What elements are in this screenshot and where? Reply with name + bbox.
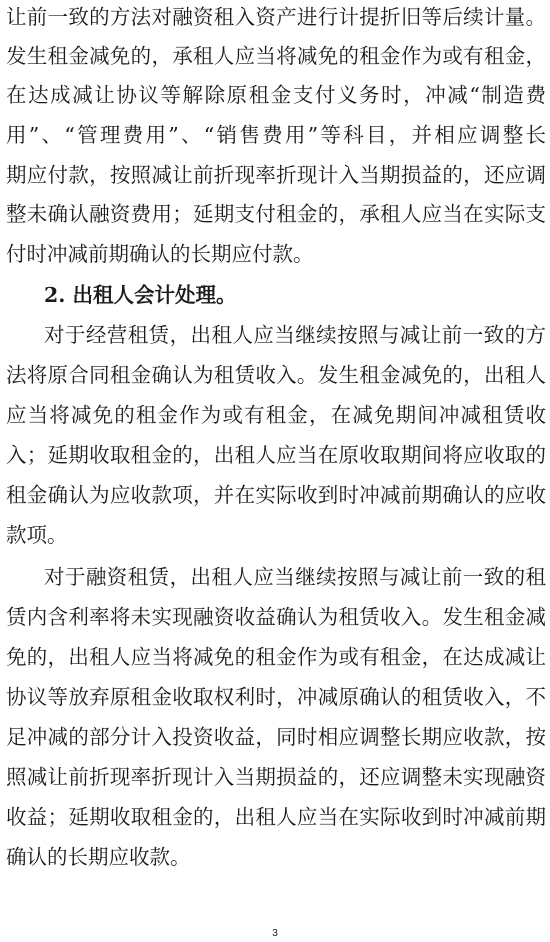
paragraph-line: 照减让前折现率折现计入当期损益的，还应调整未实现融资: [6, 762, 546, 792]
paragraph-line: 期应付款，按照减让前折现率折现计入当期损益的，还应调: [6, 160, 546, 190]
paragraph-line: 入；延期收取租金的，出租人应当在原收取期间将应收取的: [6, 440, 546, 470]
paragraph-line: 赁内含利率将未实现融资收益确认为租赁收入。发生租金减: [6, 602, 546, 632]
paragraph-line: 在达成减让协议等解除原租金支付义务时，冲减“制造费: [6, 80, 546, 110]
paragraph-line: 整未确认融资费用；延期支付租金的，承租人应当在实际支: [6, 199, 546, 229]
paragraph-line: 足冲减的部分计入投资收益，同时相应调整长期应收款，按: [6, 722, 546, 752]
paragraph-line: 收益；延期收取租金的，出租人应当在实际收到时冲减前期: [6, 802, 546, 832]
document-page: 让前一致的方法对融资租入资产进行计提折旧等后续计量。 发生租金减免的，承租人应当…: [0, 0, 550, 942]
paragraph-line: 对于融资租赁，出租人应当继续按照与减让前一致的租: [44, 562, 546, 592]
paragraph-line: 租金确认为应收款项，并在实际收到时冲减前期确认的应收: [6, 480, 546, 510]
paragraph-line: 应当将减免的租金作为或有租金，在减免期间冲减租赁收: [6, 400, 546, 430]
paragraph-line: 确认的长期应收款。: [6, 842, 546, 872]
paragraph-line: 免的，出租人应当将减免的租金作为或有租金，在达成减让: [6, 642, 546, 672]
paragraph-line: 协议等放弃原租金收取权利时，冲减原确认的租赁收入，不: [6, 682, 546, 712]
paragraph-line: 法将原合同租金确认为租赁收入。发生租金减免的，出租人: [6, 360, 546, 390]
paragraph-line: 付时冲减前期确认的长期应付款。: [6, 239, 546, 269]
paragraph-line: 让前一致的方法对融资租入资产进行计提折旧等后续计量。: [6, 2, 546, 32]
paragraph-line: 款项。: [6, 520, 546, 550]
paragraph-line: 用”、“管理费用”、“销售费用”等科目，并相应调整长: [6, 120, 546, 150]
paragraph-line: 对于经营租赁，出租人应当继续按照与减让前一致的方: [44, 320, 546, 350]
page-number: 3: [0, 928, 550, 939]
paragraph-line: 发生租金减免的，承租人应当将减免的租金作为或有租金，: [6, 41, 546, 71]
section-heading: 2. 出租人会计处理。: [44, 280, 546, 310]
